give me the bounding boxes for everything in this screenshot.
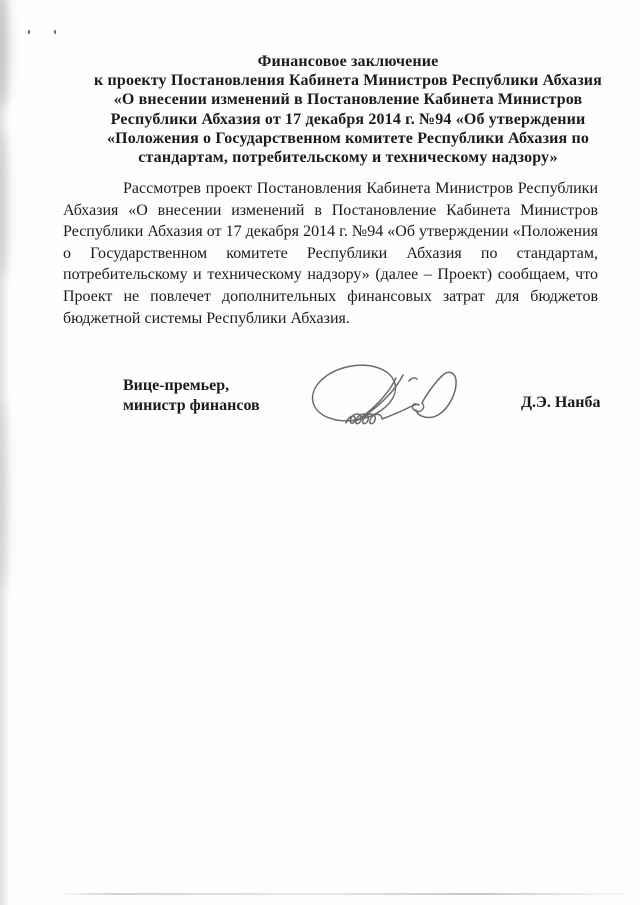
scan-speck <box>54 30 57 34</box>
scan-bottom-line <box>55 893 640 895</box>
title-line: Финансовое заключение <box>68 52 628 71</box>
signatory-position-line: министр финансов <box>123 396 260 416</box>
body-line: бюджетной системы Республики Абхазия. <box>63 308 598 330</box>
document-title: Финансовое заключение к проекту Постанов… <box>68 52 628 167</box>
title-line: стандартам, потребительскому и техническ… <box>68 148 628 167</box>
signatory-position-line: Вице-премьер, <box>123 376 260 396</box>
signatory-name: Д.Э. Нанба <box>521 394 601 412</box>
body-paragraph: Рассмотрев проект Постановления Кабинета… <box>63 178 598 329</box>
title-line: Республики Абхазия от 17 декабря 2014 г.… <box>68 110 628 129</box>
document-page: Финансовое заключение к проекту Постанов… <box>0 0 640 905</box>
signatory-position: Вице-премьер, министр финансов <box>123 376 260 416</box>
scan-speck <box>28 30 31 34</box>
body-line: Абхазия «О внесении изменений в Постанов… <box>63 200 598 222</box>
signature-icon <box>298 353 483 448</box>
body-line: Республики Абхазия от 17 декабря 2014 г.… <box>63 221 598 243</box>
title-line: «О внесении изменений в Постановление Ка… <box>68 90 628 109</box>
body-line: потребительскому и техническому надзору»… <box>63 264 598 286</box>
body-line: Проект не повлечет дополнительных финанс… <box>63 286 598 308</box>
title-line: к проекту Постановления Кабинета Министр… <box>68 71 628 90</box>
title-line: «Положения о Государственном комитете Ре… <box>68 129 628 148</box>
body-line: Рассмотрев проект Постановления Кабинета… <box>63 178 598 200</box>
body-line: о Государственном комитете Республики Аб… <box>63 243 598 265</box>
